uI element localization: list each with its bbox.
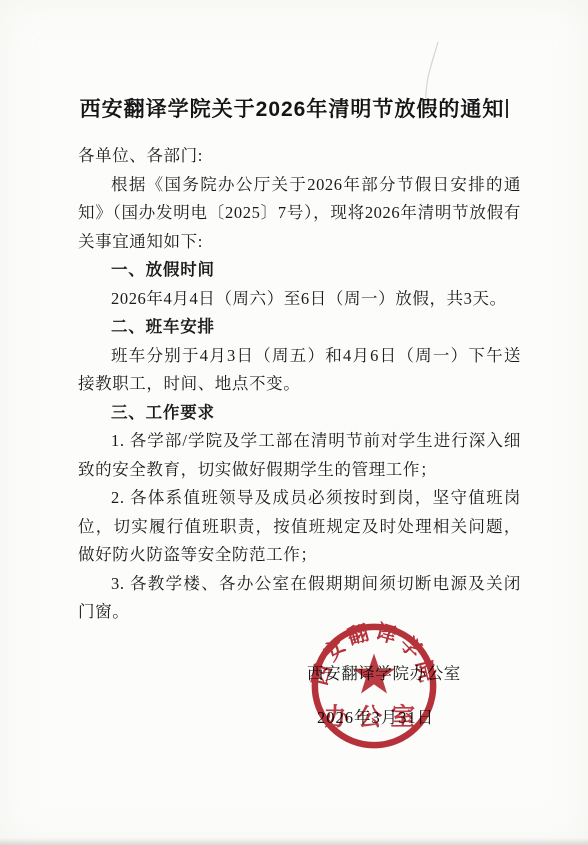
paragraph-requirement-2: 2. 各体系值班领导及成员必须按时到岗，坚守值班岗位，切实履行值班职责，按值班规… bbox=[78, 484, 521, 570]
section-heading-shuttle: 二、班车安排 bbox=[78, 313, 521, 342]
document-page: 西安翻译学院关于2026年清明节放假的通知 各单位、各部门: 根据《国务院办公厅… bbox=[0, 0, 588, 845]
salutation: 各单位、各部门: bbox=[78, 142, 521, 171]
paragraph-shuttle: 班车分别于4月3日（周五）和4月6日（周一）下午送接教职工，时间、地点不变。 bbox=[78, 342, 521, 399]
star-icon bbox=[353, 654, 395, 694]
section-heading-work-requirements: 三、工作要求 bbox=[78, 399, 521, 428]
notice-title-text: 西安翻译学院关于2026年清明节放假的通知 bbox=[80, 98, 505, 121]
scan-stroke-artifact bbox=[506, 99, 508, 118]
paragraph-holiday-dates: 2026年4月4日（周六）至6日（周一）放假，共3天。 bbox=[78, 285, 521, 314]
paragraph-requirement-3: 3. 各教学楼、各办公室在假期期间须切断电源及关闭门窗。 bbox=[78, 570, 521, 627]
notice-body: 各单位、各部门: 根据《国务院办公厅关于2026年部分节假日安排的通知》（国办发… bbox=[78, 142, 521, 627]
section-heading-holiday-time: 一、放假时间 bbox=[78, 256, 521, 285]
seal-office-text: 办公室 bbox=[324, 703, 423, 731]
paragraph-intro: 根据《国务院办公厅关于2026年部分节假日安排的通知》（国办发明电〔2025〕7… bbox=[78, 171, 521, 257]
scan-edge-artifact bbox=[0, 838, 588, 845]
notice-title: 西安翻译学院关于2026年清明节放假的通知 bbox=[0, 93, 588, 123]
official-seal: 西安翻译学院 办公室 bbox=[309, 621, 439, 751]
paragraph-requirement-1: 1. 各学部/学院及学工部在清明节前对学生进行深入细致的安全教育，切实做好假期学… bbox=[78, 427, 521, 484]
